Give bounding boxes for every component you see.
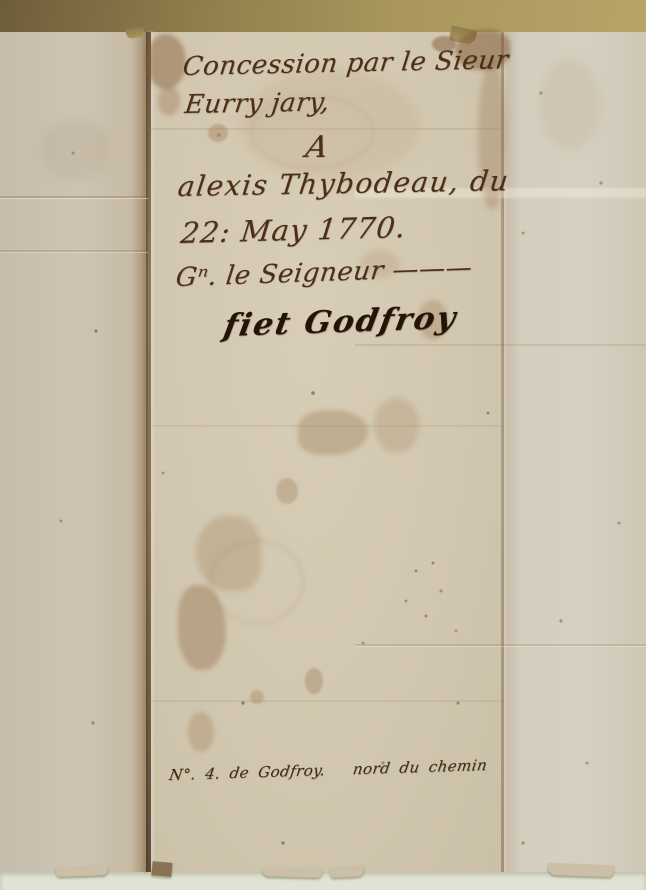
crease-line <box>148 700 503 702</box>
stain-blob <box>540 60 600 150</box>
stain-blob <box>146 34 186 89</box>
stain-blob <box>208 124 228 142</box>
stain-blob <box>374 398 419 453</box>
stain-blob <box>250 690 264 704</box>
manuscript-line-4: alexis Thybodeau, du <box>176 164 511 203</box>
stain-blob <box>40 120 110 180</box>
stain-blob <box>276 478 298 504</box>
fold-gap <box>151 861 172 877</box>
torn-edge-flap <box>548 863 614 877</box>
fold-crease-left <box>146 32 151 872</box>
paper-panel-right <box>503 32 646 872</box>
water-stain-ring <box>210 540 304 624</box>
stain-blob <box>158 86 180 116</box>
foxing-specks <box>0 0 2 2</box>
torn-edge-flap <box>262 867 322 878</box>
stain-blob <box>305 668 323 694</box>
stain-blob <box>188 712 214 752</box>
manuscript-line-5: 22: May 1770. <box>179 210 408 250</box>
manuscript-line-2: Eurry jary, <box>183 87 332 120</box>
crease-line <box>355 644 646 646</box>
crease-line <box>0 196 148 198</box>
torn-edge-flap <box>56 865 108 877</box>
manuscript-photo: Concession par le Sieur Eurry jary, A al… <box>0 0 646 890</box>
crease-line <box>355 344 646 346</box>
crease-line <box>0 250 148 252</box>
torn-edge-flap <box>330 865 365 878</box>
